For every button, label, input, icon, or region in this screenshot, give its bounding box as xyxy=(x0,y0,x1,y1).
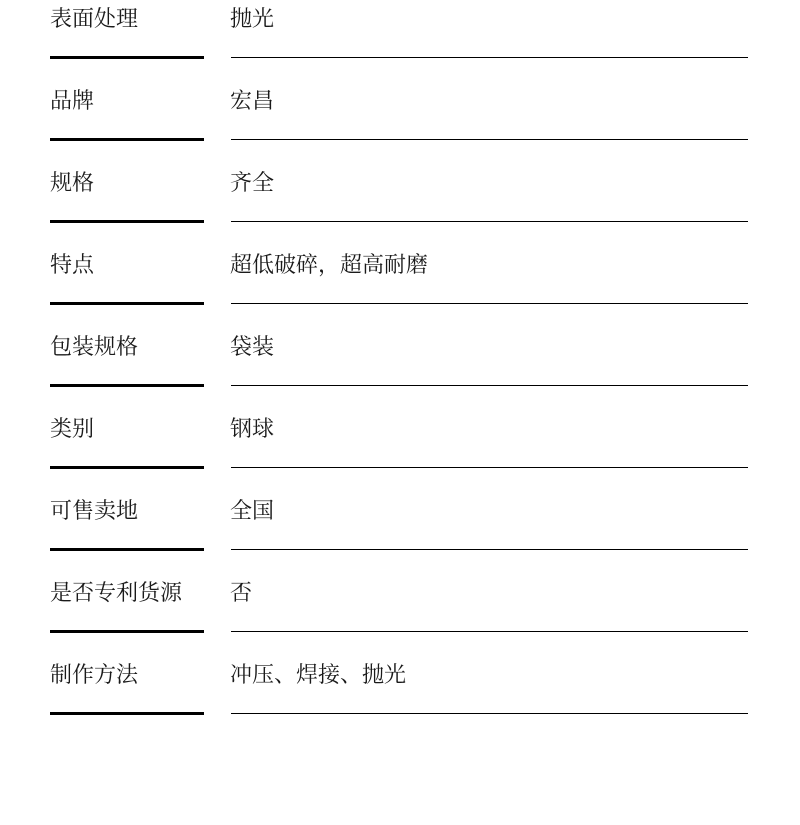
spec-row-specification: 规格 齐全 xyxy=(0,164,800,246)
spec-label: 规格 xyxy=(50,164,94,204)
spec-value: 袋装 xyxy=(230,328,274,368)
label-divider xyxy=(50,138,204,141)
spec-row-brand: 品牌 宏昌 xyxy=(0,82,800,164)
spec-row-surface-treatment: 表面处理 抛光 xyxy=(0,0,800,82)
label-divider xyxy=(50,630,204,633)
label-divider xyxy=(50,712,204,715)
label-divider xyxy=(50,220,204,223)
label-divider xyxy=(50,56,204,59)
label-divider xyxy=(50,466,204,469)
spec-row-patent-source: 是否专利货源 否 xyxy=(0,574,800,656)
spec-label: 类别 xyxy=(50,410,94,450)
value-divider xyxy=(231,303,748,304)
value-divider xyxy=(231,713,748,714)
value-divider xyxy=(231,467,748,468)
value-divider xyxy=(231,385,748,386)
spec-value: 宏昌 xyxy=(230,82,274,122)
spec-value: 否 xyxy=(230,574,252,614)
spec-value: 全国 xyxy=(230,492,274,532)
value-divider xyxy=(231,221,748,222)
spec-label: 表面处理 xyxy=(50,0,138,40)
value-divider xyxy=(231,139,748,140)
spec-value: 抛光 xyxy=(230,0,274,40)
spec-value: 超低破碎，超高耐磨 xyxy=(230,246,428,286)
spec-value: 齐全 xyxy=(230,164,274,204)
spec-value: 钢球 xyxy=(230,410,274,450)
spec-label: 可售卖地 xyxy=(50,492,138,532)
spec-label: 品牌 xyxy=(50,82,94,122)
value-divider xyxy=(231,631,748,632)
spec-label: 特点 xyxy=(50,246,94,286)
spec-row-manufacturing-method: 制作方法 冲压、焊接、抛光 xyxy=(0,656,800,738)
label-divider xyxy=(50,384,204,387)
spec-row-features: 特点 超低破碎，超高耐磨 xyxy=(0,246,800,328)
value-divider xyxy=(231,57,748,58)
label-divider xyxy=(50,302,204,305)
spec-label: 制作方法 xyxy=(50,656,138,696)
spec-row-category: 类别 钢球 xyxy=(0,410,800,492)
spec-row-packaging: 包装规格 袋装 xyxy=(0,328,800,410)
value-divider xyxy=(231,549,748,550)
label-divider xyxy=(50,548,204,551)
spec-label: 是否专利货源 xyxy=(50,574,182,614)
spec-value: 冲压、焊接、抛光 xyxy=(230,656,406,696)
spec-row-sales-region: 可售卖地 全国 xyxy=(0,492,800,574)
spec-label: 包装规格 xyxy=(50,328,138,368)
